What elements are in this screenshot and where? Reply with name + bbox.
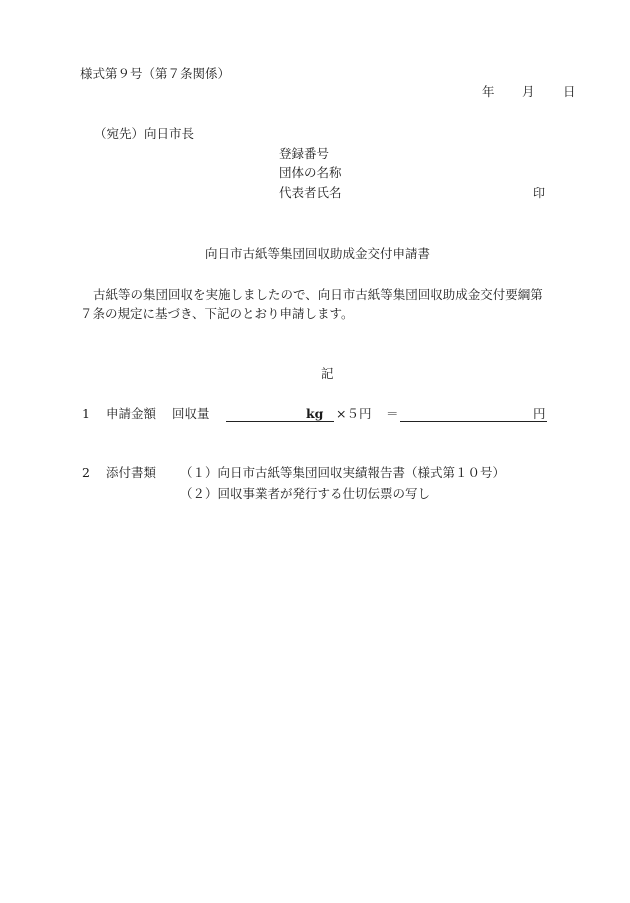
quantity-field[interactable]: kg (226, 406, 334, 422)
date-day-label: 日 (563, 84, 576, 100)
form-number: 様式第９号（第７条関係） (80, 66, 230, 82)
seal-icon: 印 (533, 185, 545, 201)
item1-sublabel: 回収量 (172, 406, 210, 422)
multiplier: ×５円 (336, 406, 371, 422)
body-text-line-1: 古紙等の集団回収を実施しましたので、向日市古紙等集団回収助成金交付要綱第 (93, 287, 543, 303)
item2-number: 2 (82, 465, 90, 481)
attachment-1: （１）向日市古紙等集団回収実績報告書（様式第１０号） (180, 465, 505, 481)
quantity-input[interactable] (226, 406, 306, 422)
date-year-label: 年 (482, 84, 495, 100)
organization-name-label: 団体の名称 (279, 165, 342, 181)
item2-label: 添付書類 (106, 465, 156, 481)
registration-number-label: 登録番号 (279, 146, 329, 162)
kg-unit: kg (306, 406, 334, 422)
yen-unit: 円 (533, 406, 547, 422)
addressee: （宛先）向日市長 (94, 126, 194, 142)
equals-sign: ＝ (386, 406, 399, 422)
amount-input[interactable] (400, 406, 533, 422)
item1-label: 申請金額 (106, 406, 156, 422)
date-month-label: 月 (522, 84, 535, 100)
document-title: 向日市古紙等集団回収助成金交付申請書 (205, 246, 430, 262)
item1-number: 1 (82, 406, 90, 422)
attachment-2: （２）回収事業者が発行する仕切伝票の写し (180, 486, 430, 502)
ki-heading: 記 (321, 366, 334, 382)
body-text-line-2: ７条の規定に基づき、下記のとおり申請します。 (80, 306, 354, 322)
amount-field[interactable]: 円 (400, 406, 547, 422)
representative-name-label: 代表者氏名 (279, 185, 342, 201)
